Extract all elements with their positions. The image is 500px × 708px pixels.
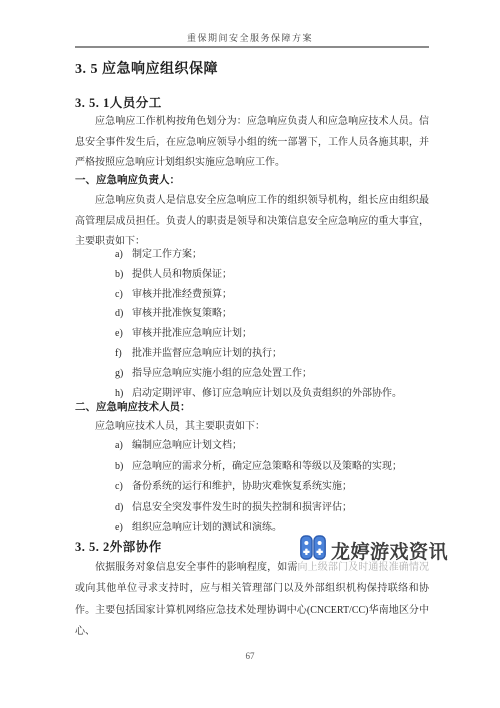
list-item: c)备份系统的运行和维护，协助灾难恢复系统实施； — [115, 477, 429, 498]
list-marker: e) — [115, 324, 132, 344]
list-item-text: 制定工作方案； — [132, 249, 202, 260]
list-marker: e) — [115, 518, 132, 539]
header-divider — [75, 46, 429, 48]
list-item-text: 审核并批准经费预算； — [132, 289, 232, 300]
role2-label: 二、应急响应技术人员： — [75, 399, 191, 414]
list-item-text: 指导应急响应实施小组的应急处置工作； — [132, 368, 312, 379]
list-marker: b) — [115, 265, 132, 285]
paragraph-intro: 应急响应工作机构按角色划分为：应急响应负责人和应急响应技术人员。信息安全事件发生… — [75, 112, 429, 174]
list-item-text: 批准并监督应急响应计划的执行； — [132, 348, 282, 359]
list-marker: a) — [115, 436, 132, 457]
list-item: a)制定工作方案； — [115, 245, 429, 265]
page-number: 67 — [0, 651, 500, 661]
list-item-text: 审核并批准恢复策略； — [132, 308, 232, 319]
list-item: g)指导应急响应实施小组的应急处置工作； — [115, 364, 429, 384]
watermark: 龙婷游戏资讯 — [300, 535, 448, 565]
list-marker: c) — [115, 285, 132, 305]
list-item-text: 组织应急响应计划的测试和演练。 — [132, 522, 282, 533]
list-item: b)提供人员和物质保证； — [115, 265, 429, 285]
role1-duty-list: a)制定工作方案； b)提供人员和物质保证； c)审核并批准经费预算； d)审核… — [75, 245, 429, 403]
page-header-title: 重保期间安全服务保障方案 — [0, 31, 500, 44]
list-item-text: 应急响应的需求分析，确定应急策略和等级以及策略的实现； — [132, 461, 402, 472]
list-marker: f) — [115, 344, 132, 364]
list-item: d)信息安全突发事件发生时的损失控制和损害评估； — [115, 498, 429, 519]
list-item: b)应急响应的需求分析，确定应急策略和等级以及策略的实现； — [115, 457, 429, 478]
list-item: d)审核并批准恢复策略； — [115, 304, 429, 324]
list-marker: a) — [115, 245, 132, 265]
role2-description: 应急响应技术人员，其主要职责如下： — [75, 417, 429, 438]
list-marker: d) — [115, 304, 132, 324]
list-item-text: 提供人员和物质保证； — [132, 269, 232, 280]
list-item-text: 信息安全突发事件发生时的损失控制和损害评估； — [132, 502, 352, 513]
list-item-text: 备份系统的运行和维护，协助灾难恢复系统实施； — [132, 481, 352, 492]
role1-description: 应急响应负责人是信息安全应急响应工作的组织领导机构，组长应由组织最高管理层成员担… — [75, 191, 429, 253]
list-item: e)审核并批准应急响应计划； — [115, 324, 429, 344]
role1-label: 一、应急响应负责人： — [75, 172, 180, 187]
subsection-heading-3-5-1: 3. 5. 1人员分工 — [75, 93, 162, 111]
watermark-text: 龙婷游戏资讯 — [331, 537, 448, 564]
list-marker: c) — [115, 477, 132, 498]
game-controller-icon — [300, 535, 326, 565]
list-item: f)批准并监督应急响应计划的执行； — [115, 344, 429, 364]
section-heading-3-5: 3. 5 应急响应组织保障 — [75, 58, 218, 78]
list-item-text: 编制应急响应计划文档； — [132, 440, 242, 451]
list-item-text: 审核并批准应急响应计划； — [132, 328, 252, 339]
subsection-heading-3-5-2: 3. 5. 2外部协作 — [75, 537, 162, 555]
list-marker: d) — [115, 498, 132, 519]
list-item-text: 启动定期评审、修订应急响应计划以及负责组织的外部协作。 — [132, 388, 402, 399]
list-item: a)编制应急响应计划文档； — [115, 436, 429, 457]
list-marker: b) — [115, 457, 132, 478]
list-marker: g) — [115, 364, 132, 384]
list-item: c)审核并批准经费预算； — [115, 285, 429, 305]
